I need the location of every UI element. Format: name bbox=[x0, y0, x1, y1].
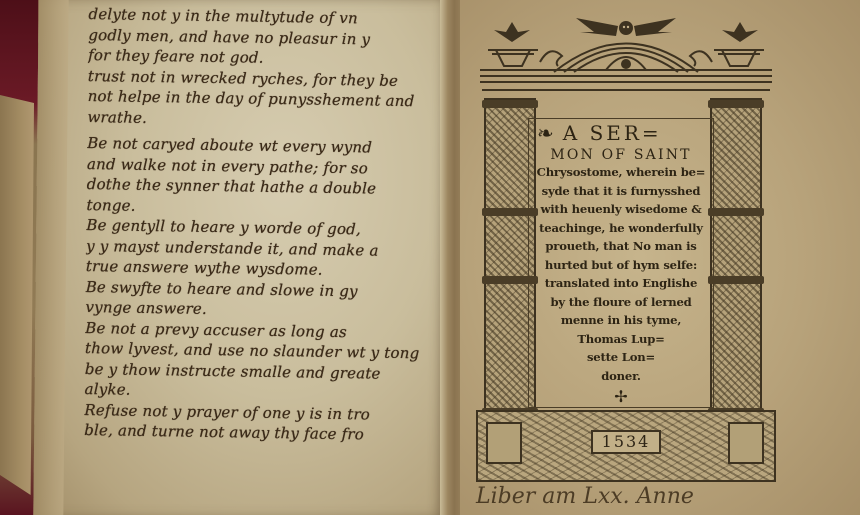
base-panel-right bbox=[728, 422, 764, 464]
title-body-line: sette Lon= bbox=[529, 348, 713, 367]
title-body-line: Chrysostome, wherein be= bbox=[529, 163, 713, 182]
title-body-line: hurted but of hym selfe: bbox=[529, 256, 713, 275]
torn-flyleaf-edge bbox=[0, 95, 34, 495]
title-body-line: by the floure of lerned bbox=[529, 293, 713, 312]
handwritten-text: delyte not y in the multytude of vn godl… bbox=[84, 4, 459, 441]
title-body-line: proueth, that No man is bbox=[529, 237, 713, 256]
column-band bbox=[482, 100, 538, 108]
footer-handwriting: Liber am Lxx. Anne bbox=[476, 484, 694, 509]
right-column-ornament bbox=[710, 98, 762, 420]
title-body-line: syde that it is furnysshed bbox=[529, 182, 713, 201]
manuscript-page: delyte not y in the multytude of vn godl… bbox=[33, 0, 448, 515]
column-band bbox=[708, 208, 764, 216]
title-body-line: with heuenly wisedome & bbox=[529, 200, 713, 219]
title-body-line: doner. bbox=[529, 367, 713, 386]
title-body-line: Thomas Lup= bbox=[529, 330, 713, 349]
title-line-1: ❧A SER= bbox=[529, 121, 713, 145]
title-body-line: teachinge, he wonderfully bbox=[529, 219, 713, 238]
title-text-block: ❧A SER= MON OF SAINT Chrysostome, wherei… bbox=[528, 118, 714, 408]
pediment-ornament-icon bbox=[476, 10, 776, 100]
date-cartouche: 1534 bbox=[591, 430, 661, 454]
title-line-2: MON OF SAINT bbox=[529, 147, 713, 163]
column-band bbox=[708, 276, 764, 284]
title-body-line: menne in his tyme, bbox=[529, 311, 713, 330]
cross-ornament-icon: ✢ bbox=[529, 387, 713, 406]
page-edge-strip bbox=[33, 0, 68, 515]
pilcrow-icon: ❧ bbox=[537, 121, 557, 145]
base-panel-left bbox=[486, 422, 522, 464]
base-ornament: 1534 bbox=[476, 410, 776, 482]
title-line-1-text: A SER= bbox=[563, 121, 662, 145]
title-body-line: translated into Englishe bbox=[529, 274, 713, 293]
book-photograph: delyte not y in the multytude of vn godl… bbox=[0, 0, 860, 515]
column-band bbox=[708, 100, 764, 108]
